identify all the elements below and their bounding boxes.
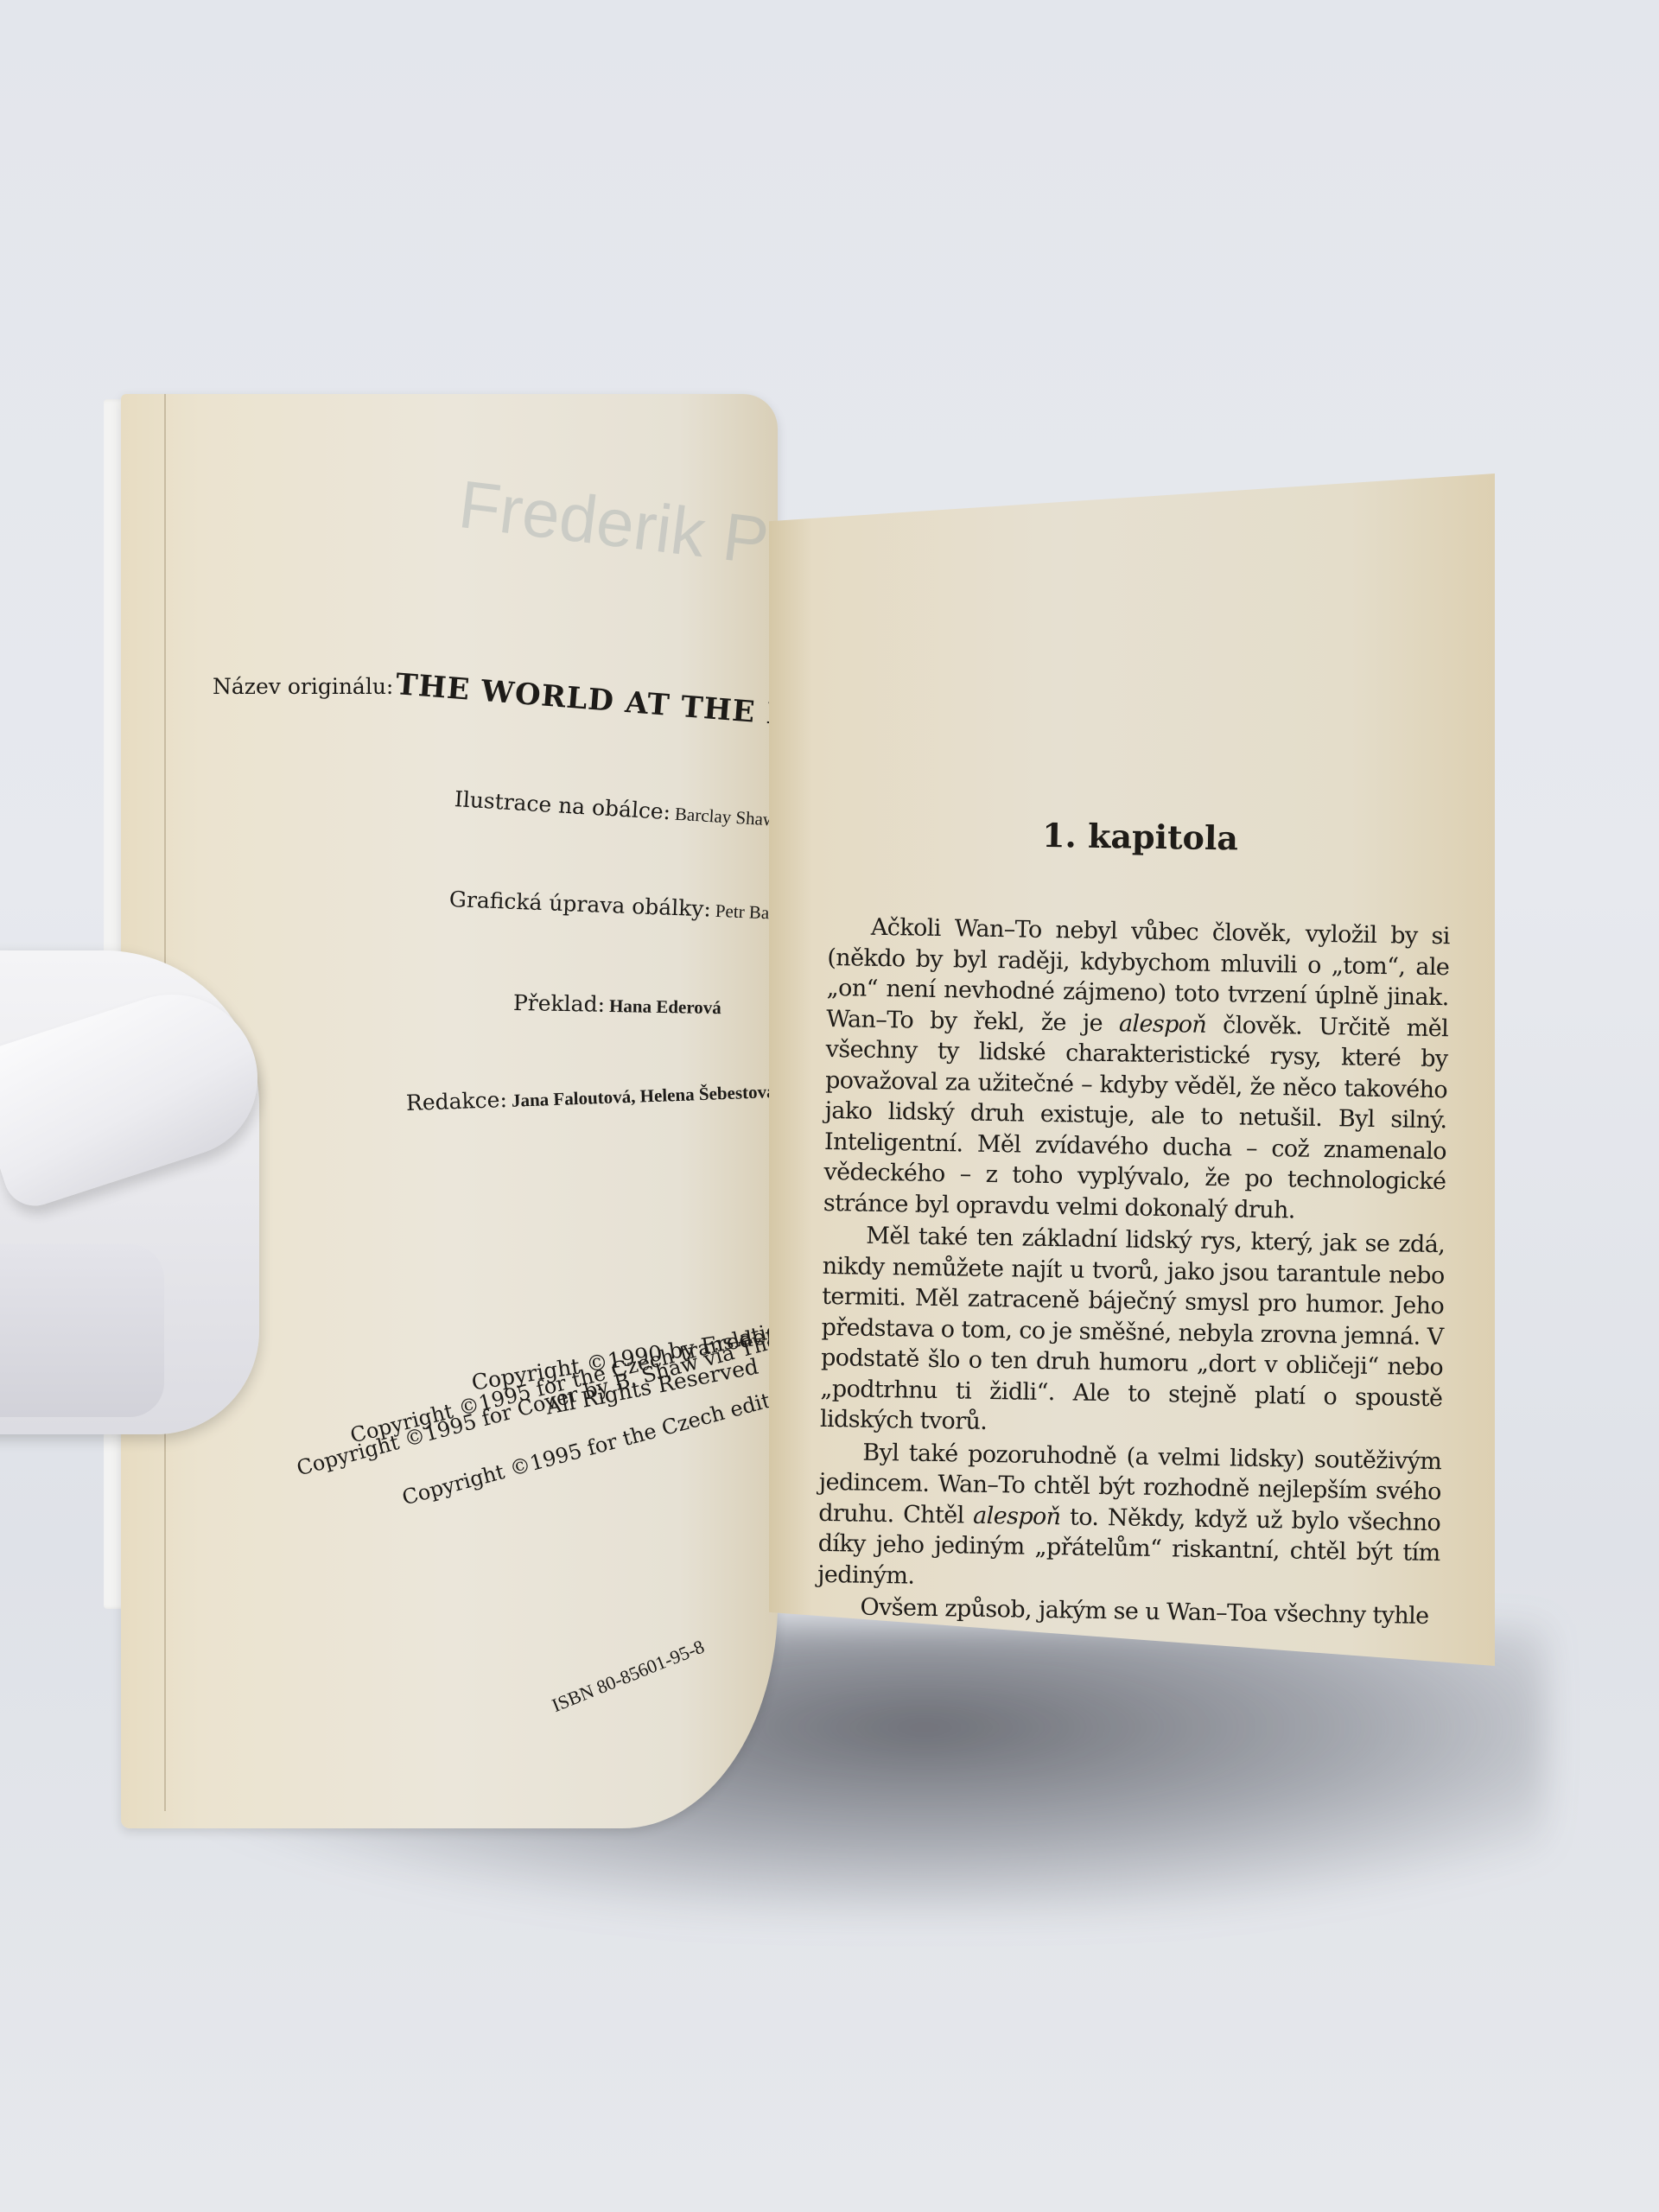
paragraph-emphasis: alespoň	[1119, 1010, 1207, 1039]
credit-value: Hana Ederová	[609, 995, 721, 1018]
paragraph: Měl také ten základní lidský rys, který,…	[820, 1220, 1446, 1445]
paragraph: Byl také pozoruhodně (a velmi lidsky) so…	[817, 1436, 1442, 1599]
chapter-content: 1. kapitola Ačkoli Wan–To nebyl vůbec čl…	[817, 812, 1452, 1632]
credit-label: Redakce:	[405, 1087, 507, 1116]
paragraph-text: Měl také ten základní lidský rys, který,…	[820, 1223, 1446, 1435]
paragraph: Ačkoli Wan–To nebyl vůbec člověk, vyloži…	[823, 912, 1450, 1228]
glove-fingers	[0, 1244, 164, 1417]
credit-translation: Překlad: Hana Ederová	[513, 990, 721, 1019]
paragraph-emphasis: alespoň	[973, 1502, 1061, 1530]
paragraph-text: člověk. Určitě měl všechny ty lidské cha…	[823, 1011, 1449, 1224]
original-title-label: Název originálu:	[213, 674, 393, 699]
show-through-text: Frederik Pohl	[454, 465, 778, 592]
credit-label: Překlad:	[513, 990, 606, 1017]
